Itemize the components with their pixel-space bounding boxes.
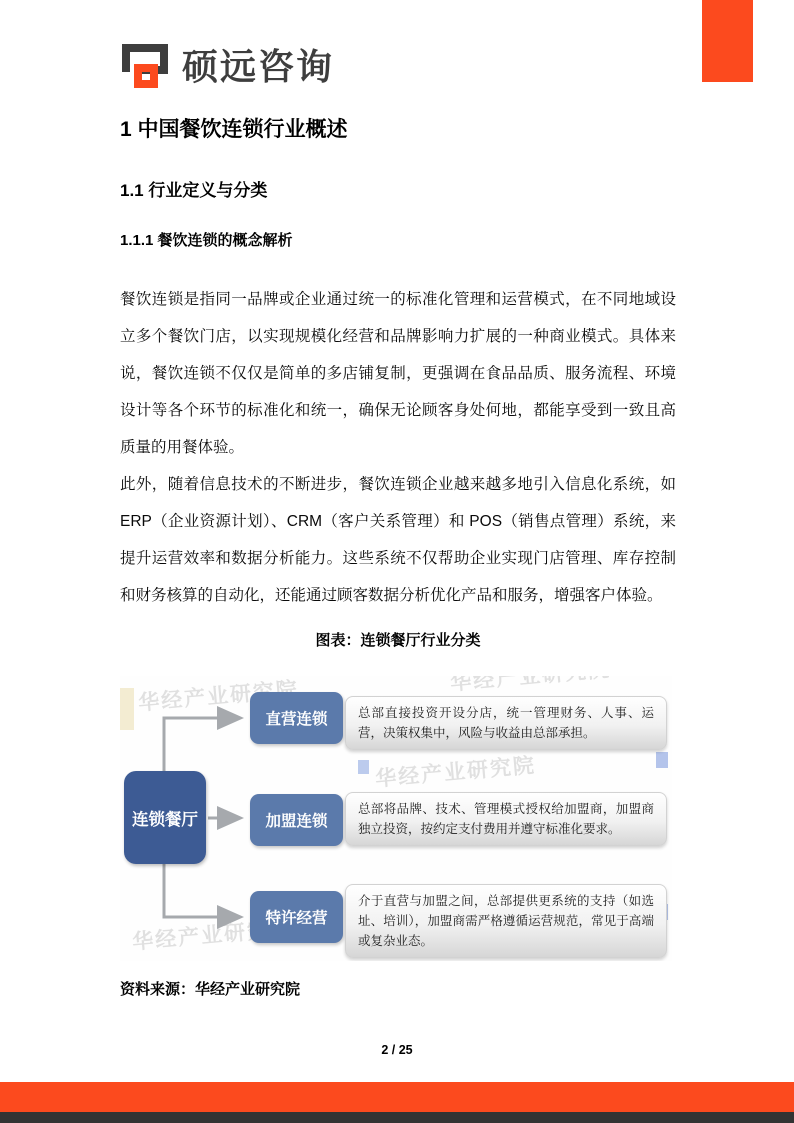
footer-accent-bar bbox=[0, 1082, 794, 1112]
brand-name: 硕远咨询 bbox=[182, 49, 334, 85]
paragraph-definition: 餐饮连锁是指同一品牌或企业通过统一的标准化管理和运营模式，在不同地域设立多个餐饮… bbox=[120, 281, 676, 466]
subsubsection-heading: 1.1.1 餐饮连锁的概念解析 bbox=[120, 231, 676, 251]
data-source-line: 资料来源：华经产业研究院 bbox=[120, 978, 676, 999]
diagram-root-node: 连锁餐厅 bbox=[124, 771, 206, 864]
page-number: 2 / 25 bbox=[0, 1043, 794, 1057]
page-corner-accent bbox=[702, 0, 753, 82]
diagram-desc-licensing: 介于直营与加盟之间，总部提供更系统的支持（如选址、培训），加盟商需严格遵循运营规… bbox=[345, 884, 667, 958]
brand-logo-icon bbox=[120, 41, 170, 93]
diagram-branch-licensing: 特许经营 bbox=[250, 891, 343, 943]
classification-diagram: 华经产业研究院 华经产业研究院 华经产业研究院 华经产业研究院 华经产业研究院 … bbox=[120, 676, 672, 961]
figure-title: 图表：连锁餐厅行业分类 bbox=[120, 629, 676, 650]
section-heading: 1 中国餐饮连锁行业概述 bbox=[120, 116, 676, 144]
footer-dark-bar bbox=[0, 1112, 794, 1123]
paragraph-it-systems: 此外，随着信息技术的不断进步，餐饮连锁企业越来越多地引入信息化系统，如 ERP（… bbox=[120, 466, 676, 614]
page-content: 硕远咨询 1 中国餐饮连锁行业概述 1.1 行业定义与分类 1.1.1 餐饮连锁… bbox=[120, 0, 676, 999]
diagram-desc-direct: 总部直接投资开设分店，统一管理财务、人事、运营，决策权集中，风险与收益由总部承担… bbox=[345, 696, 667, 750]
diagram-branch-franchise: 加盟连锁 bbox=[250, 794, 343, 846]
brand-logo: 硕远咨询 bbox=[120, 38, 676, 96]
diagram-desc-franchise: 总部将品牌、技术、管理模式授权给加盟商，加盟商独立投资，按约定支付费用并遵守标准… bbox=[345, 792, 667, 846]
diagram-branch-direct: 直营连锁 bbox=[250, 692, 343, 744]
subsection-heading: 1.1 行业定义与分类 bbox=[120, 180, 676, 202]
